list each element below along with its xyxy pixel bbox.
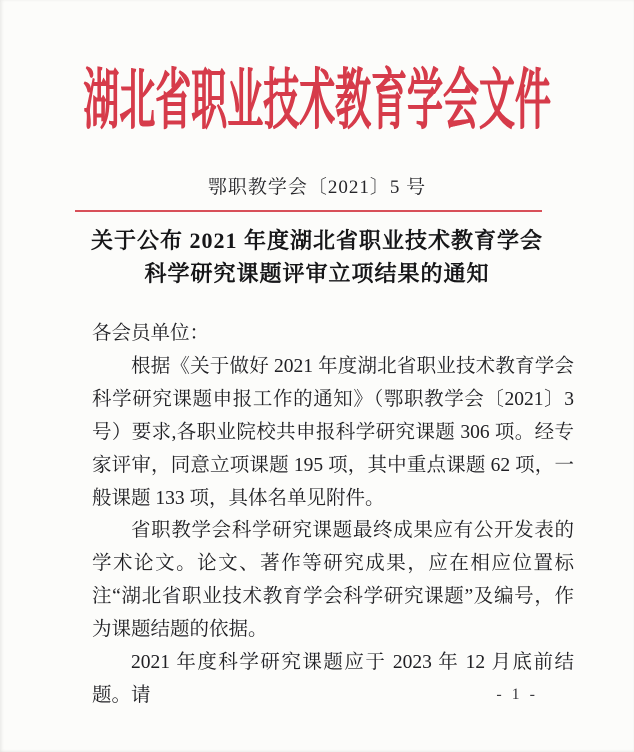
notice-title-line2: 科学研究课题评审立项结果的通知 bbox=[0, 257, 634, 290]
page-number: - 1 - bbox=[496, 686, 538, 704]
red-divider-rule bbox=[75, 210, 542, 212]
body-text: 各会员单位： 根据《关于做好 2021 年度湖北省职业技术教育学会科学研究课题申… bbox=[92, 318, 574, 713]
org-title: 湖北省职业技术教育学会文件 bbox=[83, 47, 550, 141]
letterhead: 湖北省职业技术教育学会文件 bbox=[0, 52, 634, 136]
paragraph-1: 根据《关于做好 2021 年度湖北省职业技术教育学会科学研究课题申报工作的通知》… bbox=[92, 351, 574, 516]
doc-number: 鄂职教学会〔2021〕5 号 bbox=[0, 172, 634, 199]
notice-title: 关于公布 2021 年度湖北省职业技术教育学会 科学研究课题评审立项结果的通知 bbox=[0, 224, 634, 290]
document-page: 湖北省职业技术教育学会文件 鄂职教学会〔2021〕5 号 关于公布 2021 年… bbox=[0, 0, 634, 752]
salutation: 各会员单位： bbox=[92, 318, 574, 351]
notice-title-line1: 关于公布 2021 年度湖北省职业技术教育学会 bbox=[0, 224, 634, 257]
paragraph-2: 省职教学会科学研究课题最终成果应有公开发表的学术论文。论文、著作等研究成果，应在… bbox=[92, 515, 574, 647]
